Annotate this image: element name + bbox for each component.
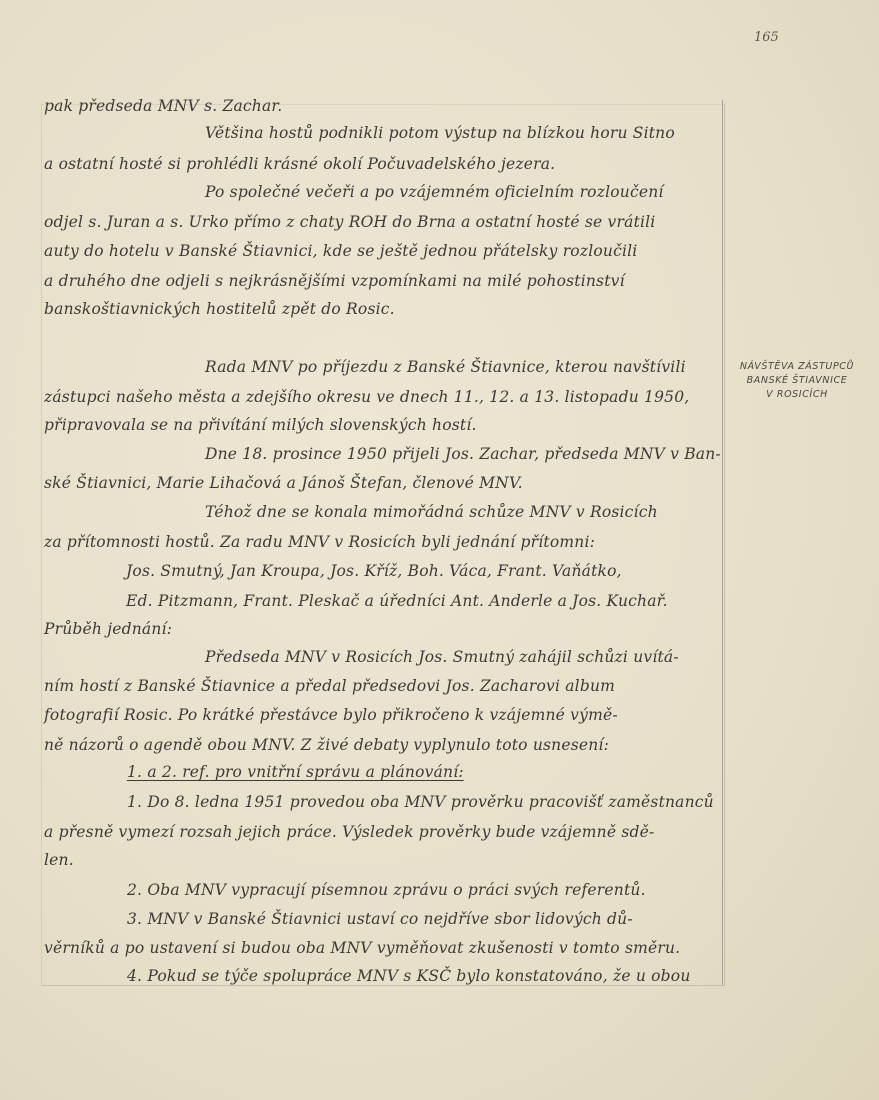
text-line: Rada MNV po příjezdu z Banské Štiavnice,… (205, 358, 686, 376)
text-line: Dne 18. prosince 1950 přijeli Jos. Zacha… (205, 445, 721, 463)
text-line: pak předseda MNV s. Zachar. (44, 97, 282, 115)
text-line: 1. a 2. ref. pro vnitřní správu a plánov… (127, 763, 464, 781)
margin-note: Návštěva zástupců Banské Štiavnice v Ros… (732, 360, 862, 402)
text-line: 1. Do 8. ledna 1951 provedou oba MNV pro… (127, 793, 714, 811)
text-line: fotografií Rosic. Po krátké přestávce by… (44, 706, 618, 724)
text-line: Předseda MNV v Rosicích Jos. Smutný zahá… (205, 648, 679, 666)
text-line: odjel s. Juran a s. Urko přímo z chaty R… (44, 213, 655, 231)
margin-note-line: Návštěva zástupců (732, 360, 862, 374)
text-line: připravovala se na přivítání milých slov… (44, 416, 477, 434)
text-line: Většina hostů podnikli potom výstup na b… (205, 124, 675, 142)
text-line: Průběh jednání: (44, 620, 172, 638)
text-line: banskoštiavnických hostitelů zpět do Ros… (44, 300, 395, 318)
text-line: Ed. Pitzmann, Frant. Pleskač a úředníci … (126, 592, 668, 610)
text-line: 3. MNV v Banské Štiavnici ustaví co nejd… (127, 910, 633, 928)
frame-right-rule (722, 100, 723, 985)
text-line: ně názorů o agendě obou MNV. Z živé deba… (44, 736, 609, 754)
text-line: len. (44, 851, 74, 869)
text-line: a ostatní hosté si prohlédli krásné okol… (44, 155, 555, 173)
text-line: Téhož dne se konala mimořádná schůze MNV… (205, 503, 658, 521)
text-line: Jos. Smutný, Jan Kroupa, Jos. Kříž, Boh.… (126, 562, 622, 580)
text-line: 4. Pokud se týče spolupráce MNV s KSČ by… (127, 967, 691, 985)
text-line: zástupci našeho města a zdejšího okresu … (44, 388, 689, 406)
text-line: 2. Oba MNV vypracují písemnou zprávu o p… (127, 881, 646, 899)
text-line: ské Štiavnici, Marie Lihačová a Jánoš Št… (44, 474, 523, 492)
text-line: a přesně vymezí rozsah jejich práce. Výs… (44, 823, 654, 841)
text-line: auty do hotelu v Banské Štiavnici, kde s… (44, 242, 637, 260)
margin-note-line: Banské Štiavnice (732, 374, 862, 388)
text-line: za přítomnosti hostů. Za radu MNV v Rosi… (44, 533, 595, 551)
text-line: ním hostí z Banské Štiavnice a předal př… (44, 677, 615, 695)
text-line: Po společné večeři a po vzájemném oficie… (205, 183, 664, 201)
margin-note-line: v Rosicích (732, 388, 862, 402)
page-number: 165 (754, 30, 779, 45)
text-line: a druhého dne odjeli s nejkrásnějšími vz… (44, 272, 625, 290)
text-line: věrníků a po ustavení si budou oba MNV v… (44, 939, 680, 957)
